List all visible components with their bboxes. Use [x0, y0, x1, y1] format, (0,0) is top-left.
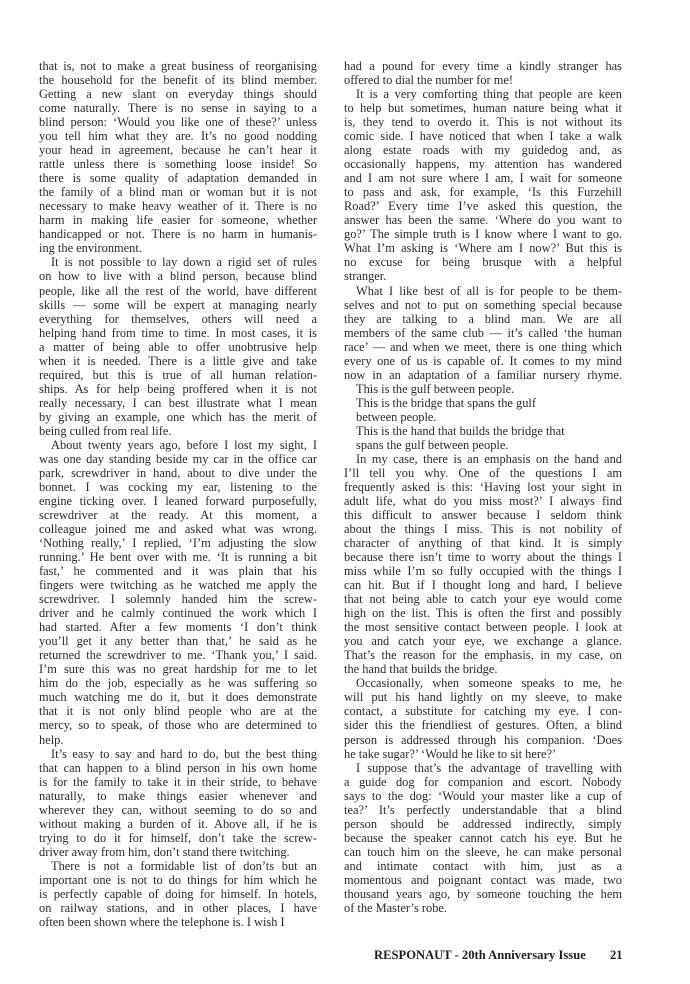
- text-line: It’s easy to say and hard to do, but the…: [39, 747, 317, 761]
- text-line: the hand that builds the bridge.: [344, 662, 622, 676]
- text-line: the household for the benefit of its bli…: [39, 73, 317, 87]
- text-line: This is the bridge that spans the gulf: [344, 396, 622, 410]
- text-line: go?’ The simple truth is I know where I …: [344, 227, 622, 241]
- text-line: come naturally. There is no sense in say…: [39, 101, 317, 115]
- text-line: answer has been the same. ‘Where do you …: [344, 213, 622, 227]
- text-line: offered to dial the number for me!: [344, 73, 622, 87]
- text-line: trying to do it for himself, don’t take …: [39, 831, 317, 845]
- text-line: selves and not to put on something speci…: [344, 298, 622, 312]
- left-text-column: that is, not to make a great business of…: [39, 59, 317, 929]
- text-line: This is the hand that builds the bridge …: [344, 424, 622, 438]
- text-line: stranger.: [344, 269, 622, 283]
- text-line: What I’m asking is ‘Where am I now?’ But…: [344, 241, 622, 255]
- text-line: mercy, so to speak, of those who are det…: [39, 718, 317, 732]
- text-line: momentous and poignant contact was made,…: [344, 873, 622, 887]
- publication-title: RESPONAUT - 20th Anniversary Issue: [374, 948, 586, 963]
- text-line: In my case, there is an emphasis on the …: [344, 452, 622, 466]
- text-line: important one is not to do things for hi…: [39, 873, 317, 887]
- text-line: fingers were twitching as he watched me …: [39, 578, 317, 592]
- text-line: about the things I miss. This is not nob…: [344, 522, 622, 536]
- text-line: harm in making life easier for someone, …: [39, 213, 317, 227]
- text-line: will put his hand lightly on my sleeve, …: [344, 690, 622, 704]
- text-line: race’ — and when we meet, there is one t…: [344, 340, 622, 354]
- text-line: along estate roads with my guidedog and,…: [344, 143, 622, 157]
- text-line: now in an adaptation of a familiar nurse…: [344, 368, 622, 382]
- text-line: I suppose that’s the advantage of travel…: [344, 761, 622, 775]
- text-line: rattle unless there is something loose i…: [39, 157, 317, 171]
- text-line: members of the same club — it’s called ‘…: [344, 326, 622, 340]
- text-line: screwdriver at the ready. At this moment…: [39, 508, 317, 522]
- text-line: the family of a blind man or woman but i…: [39, 185, 317, 199]
- text-line: is perfectly capable of doing for himsel…: [39, 887, 317, 901]
- text-line: engine ticking over. I leaned forward pu…: [39, 494, 317, 508]
- text-line: really necessary, I can best illustrate …: [39, 396, 317, 410]
- text-line: that it is not only blind people who are…: [39, 704, 317, 718]
- text-line: That’s the reason for the emphasis, in m…: [344, 648, 622, 662]
- text-line: Getting a new slant on everyday things s…: [39, 87, 317, 101]
- text-line: to help but sometimes, human nature bein…: [344, 101, 622, 115]
- text-line: Occasionally, when someone speaks to me,…: [344, 676, 622, 690]
- text-line: fast,’ he commented and it was plain tha…: [39, 564, 317, 578]
- text-line: help.: [39, 733, 317, 747]
- text-line: this difficult to answer because I seldo…: [344, 508, 622, 522]
- text-line: a matter of being able to offer unobtrus…: [39, 340, 317, 354]
- text-line: occasionally happens, my attention has w…: [344, 157, 622, 171]
- text-line: every one of us is capable of. It comes …: [344, 354, 622, 368]
- text-line: you and catch your eye, we exchange a gl…: [344, 634, 622, 648]
- text-line: driver away from him, don’t stand there …: [39, 845, 317, 859]
- text-line: thousand years ago, by someone touching …: [344, 887, 622, 901]
- text-line: person should be addressed indirectly, s…: [344, 817, 622, 831]
- text-line: much watching me do it, but it does demo…: [39, 690, 317, 704]
- text-line: handicapped or not. There is no harm in …: [39, 227, 317, 241]
- text-line: Road?’ Every time I’ve asked this questi…: [344, 199, 622, 213]
- text-line: was one day standing beside my car in th…: [39, 452, 317, 466]
- text-line: ing the environment.: [39, 241, 317, 255]
- text-line: you tell him what they are. It’s no good…: [39, 129, 317, 143]
- text-line: your head in agreement, because he can’t…: [39, 143, 317, 157]
- magazine-page: that is, not to make a great business of…: [0, 0, 690, 984]
- text-line: wherever they can, without seeming to do…: [39, 803, 317, 817]
- text-line: that not being able to catch your eye wo…: [344, 592, 622, 606]
- text-line: character of anything of that kind. It i…: [344, 536, 622, 550]
- text-line: skills — some will be expert at managing…: [39, 298, 317, 312]
- text-line: returned the screwdriver to me. ‘Thank y…: [39, 648, 317, 662]
- text-line: miss while I’m so fully occupied with th…: [344, 564, 622, 578]
- text-line: the most sensitive contact between peopl…: [344, 620, 622, 634]
- text-line: of the Master’s robe.: [344, 901, 622, 915]
- text-line: without making a burden of it. Above all…: [39, 817, 317, 831]
- text-line: can hit. But if I thought long and hard,…: [344, 578, 622, 592]
- text-line: screwdriver. I solemnly handed him the s…: [39, 592, 317, 606]
- text-line: tea?’ It’s perfectly understandable that…: [344, 803, 622, 817]
- text-line: necessary to make heavy weather of it. T…: [39, 199, 317, 213]
- text-line: person is addressed through his companio…: [344, 733, 622, 747]
- text-line: him do the job, especially as he was suf…: [39, 676, 317, 690]
- text-line: park, screwdriver in hand, about to dive…: [39, 466, 317, 480]
- text-line: everything for themselves, others will n…: [39, 312, 317, 326]
- text-line: you’ll get it any better than that,’ he …: [39, 634, 317, 648]
- right-text-column: had a pound for every time a kindly stra…: [344, 59, 622, 915]
- text-line: had a pound for every time a kindly stra…: [344, 59, 622, 73]
- text-line: can touch him on the sleeve, he can make…: [344, 845, 622, 859]
- text-line: he take sugar?’ ‘Would he like to sit he…: [344, 747, 622, 761]
- text-line: that is, not to make a great business of…: [39, 59, 317, 73]
- text-line: says to the dog: ‘Would your master like…: [344, 789, 622, 803]
- text-line: because the speaker cannot catch his eye…: [344, 831, 622, 845]
- text-line: on how to live with a blind person, beca…: [39, 269, 317, 283]
- text-line: driver and he calmly continued the work …: [39, 606, 317, 620]
- text-line: colleague joined me and asked what was w…: [39, 522, 317, 536]
- text-line: There is not a formidable list of don’ts…: [39, 859, 317, 873]
- text-line: It is not possible to lay down a rigid s…: [39, 255, 317, 269]
- text-line: blind person: ‘Would you like one of the…: [39, 115, 317, 129]
- text-line: people, like all the rest of the world, …: [39, 284, 317, 298]
- text-line: a guide dog for companion and escort. No…: [344, 775, 622, 789]
- text-line: I’ll tell you why. One of the questions …: [344, 466, 622, 480]
- text-line: About twenty years ago, before I lost my…: [39, 438, 317, 452]
- text-line: high on the list. This is often the firs…: [344, 606, 622, 620]
- text-line: no excuse for being brusque with a helpf…: [344, 255, 622, 269]
- text-line: being culled from real life.: [39, 424, 317, 438]
- text-line: is for the family to take it in their st…: [39, 775, 317, 789]
- text-line: ‘Nothing really,’ I replied, ‘I’m adjust…: [39, 536, 317, 550]
- text-line: sider this the friendliest of gestures. …: [344, 718, 622, 732]
- text-line: It is a very comforting thing that peopl…: [344, 87, 622, 101]
- text-line: helping hand from time to time. In most …: [39, 326, 317, 340]
- text-line: and I am not sure where I am, I wait for…: [344, 171, 622, 185]
- page-number: 21: [610, 948, 623, 963]
- text-line: bonnet. I was cocking my ear, listening …: [39, 480, 317, 494]
- text-line: What I like best of all is for people to…: [344, 284, 622, 298]
- text-line: on railway stations, and in other places…: [39, 901, 317, 915]
- text-line: had started. After a few moments ‘I don’…: [39, 620, 317, 634]
- text-line: I’m sure this was no great hardship for …: [39, 662, 317, 676]
- text-line: often been shown where the telephone is.…: [39, 915, 317, 929]
- text-line: contact, a substitute for catching my ey…: [344, 704, 622, 718]
- text-line: between people.: [344, 410, 622, 424]
- text-line: required, but this is true of all human …: [39, 368, 317, 382]
- text-line: This is the gulf between people.: [344, 382, 622, 396]
- text-line: because there isn’t time to worry about …: [344, 550, 622, 564]
- text-line: there is some quality of adaptation dema…: [39, 171, 317, 185]
- text-line: ships. As for help being proffered when …: [39, 382, 317, 396]
- text-line: adult life, what do you miss most?’ I al…: [344, 494, 622, 508]
- text-line: that can happen to a blind person in his…: [39, 761, 317, 775]
- text-line: running.’ He bent over with me. ‘It is r…: [39, 550, 317, 564]
- text-line: they are talking to a blind man. We are …: [344, 312, 622, 326]
- text-line: and intimate contact with him, just as a: [344, 859, 622, 873]
- text-line: comic side. I have noticed that when I t…: [344, 129, 622, 143]
- text-line: by giving an example, one which has the …: [39, 410, 317, 424]
- text-line: is, they tend to overdo it. This is not …: [344, 115, 622, 129]
- text-line: when it is needed. There is a little giv…: [39, 354, 317, 368]
- text-line: naturally, to make things easier wheneve…: [39, 789, 317, 803]
- text-line: frequently asked is this: ‘Having lost y…: [344, 480, 622, 494]
- text-line: to pass and ask, for example, ‘Is this F…: [344, 185, 622, 199]
- text-line: spans the gulf between people.: [344, 438, 622, 452]
